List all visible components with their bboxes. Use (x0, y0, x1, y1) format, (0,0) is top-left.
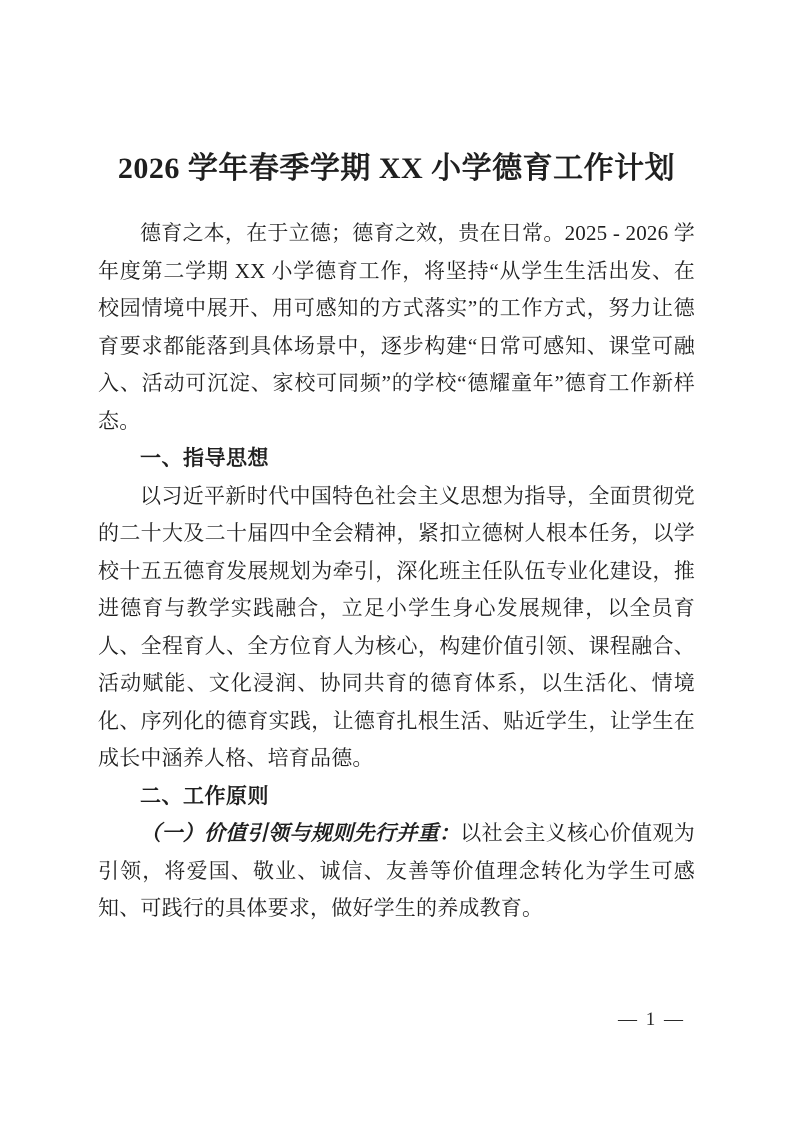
document-content: 2026 学年春季学期 XX 小学德育工作计划 德育之本，在于立德；德育之效，贵… (98, 149, 695, 928)
section-2-heading: 二、工作原则 (98, 778, 695, 816)
page-number: — 1 — (618, 1008, 685, 1032)
intro-paragraph: 德育之本，在于立德；德育之效，贵在日常。2025 - 2026 学年度第二学期 … (98, 215, 695, 440)
section-1-body: 以习近平新时代中国特色社会主义思想为指导，全面贯彻党的二十大及二十届四中全会精神… (98, 478, 695, 778)
section-2-item-1: （一）价值引领与规则先行并重：以社会主义核心价值观为引领，将爱国、敬业、诚信、友… (98, 815, 695, 928)
document-title: 2026 学年春季学期 XX 小学德育工作计划 (98, 149, 695, 188)
section-2-item-1-lead: （一）价值引领与规则先行并重： (140, 821, 460, 845)
section-1-heading: 一、指导思想 (98, 440, 695, 478)
document-page: 2026 学年春季学期 XX 小学德育工作计划 德育之本，在于立德；德育之效，贵… (0, 0, 793, 1122)
